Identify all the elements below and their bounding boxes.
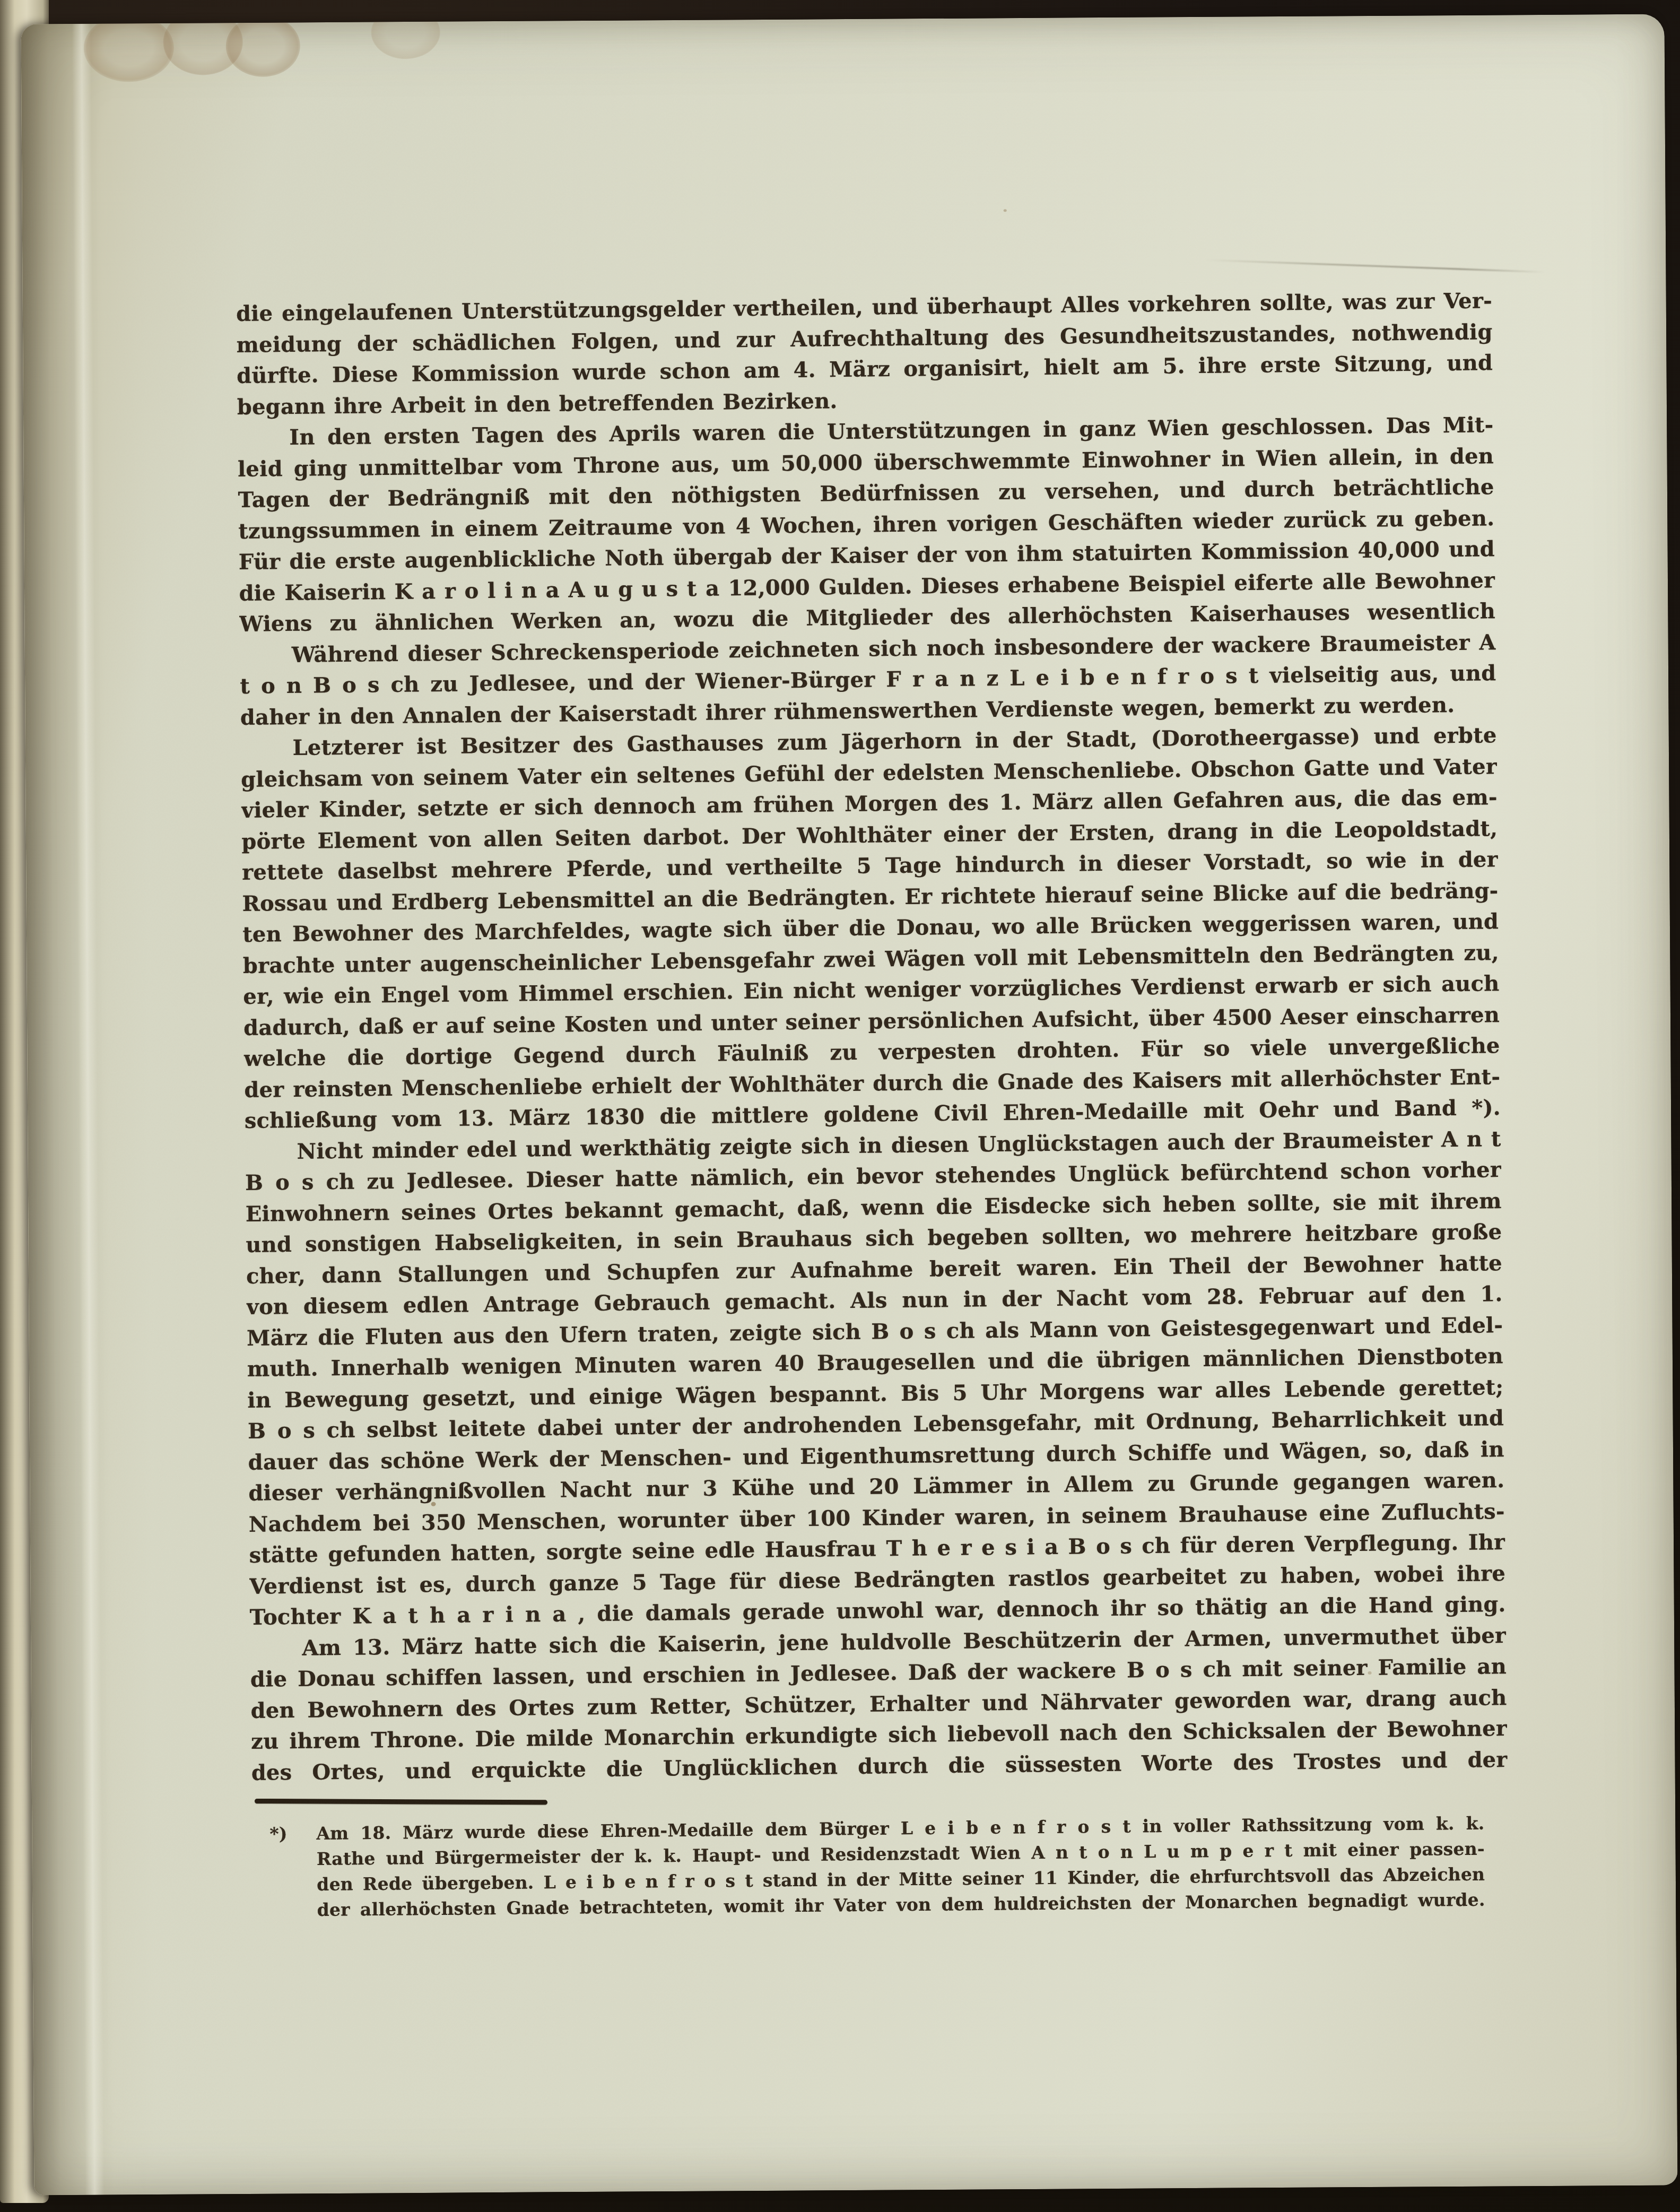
- water-stain: [371, 14, 440, 59]
- paper-speck: [1004, 209, 1007, 212]
- footnote-separator-rule: [255, 1799, 547, 1805]
- scan-backdrop: { "document": { "kind": "scanned-book-pa…: [0, 0, 1680, 2212]
- paper-crease: [1206, 259, 1545, 273]
- footnote-marker: *): [269, 1821, 316, 1847]
- footnote-text: *)Am 18. März wurde diese Ehren-Medaille…: [269, 1811, 1485, 1923]
- page-body-text: die eingelaufenen Unterstützungsgelder v…: [236, 285, 1508, 1789]
- water-stain: [225, 15, 300, 77]
- water-stain: [83, 14, 174, 82]
- book-page: die eingelaufenen Unterstützungsgelder v…: [21, 14, 1678, 2196]
